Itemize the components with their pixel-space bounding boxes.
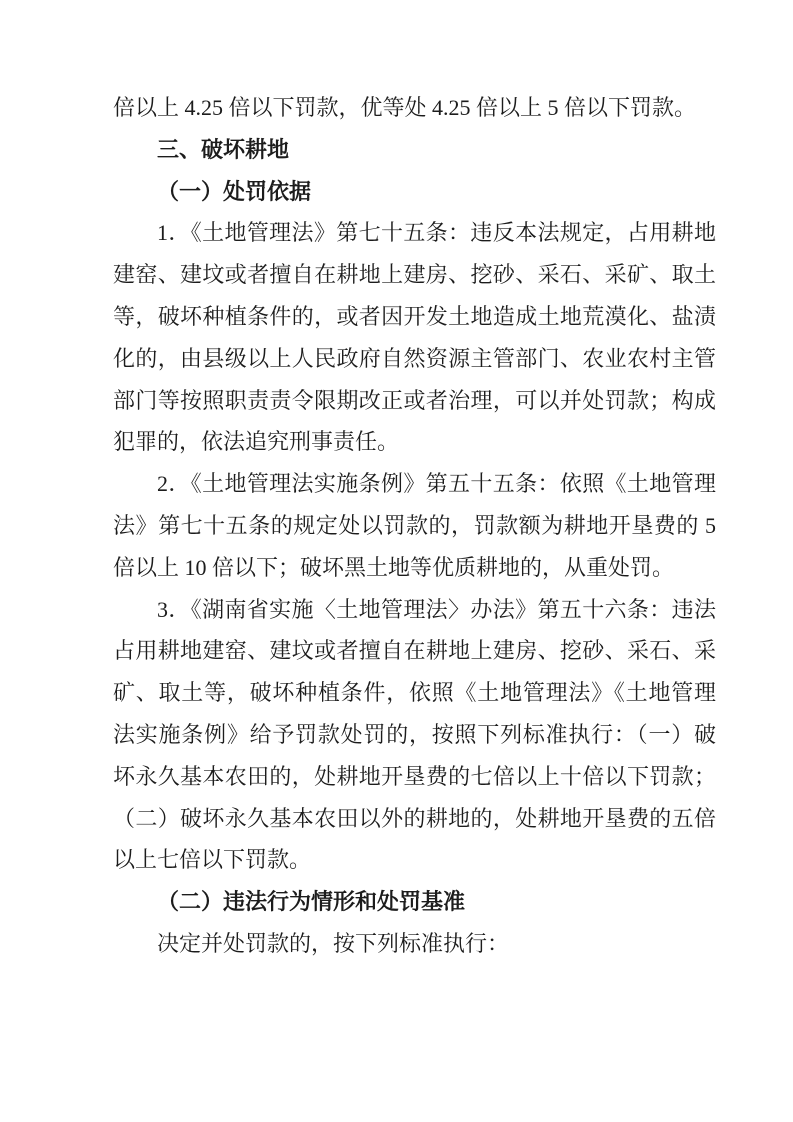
body-paragraph-closing: 决定并处罚款的，按下列标准执行： bbox=[113, 923, 716, 965]
section-heading: 三、破坏耕地 bbox=[113, 129, 716, 171]
subsection-heading-penalty-basis: （一）处罚依据 bbox=[113, 171, 716, 213]
subsection-heading-violation-standards: （二）违法行为情形和处罚基准 bbox=[113, 881, 716, 923]
body-paragraph-continuation: 倍以上 4.25 倍以下罚款，优等处 4.25 倍以上 5 倍以下罚款。 bbox=[113, 87, 716, 129]
body-paragraph-item-2: 2．《土地管理法实施条例》第五十五条：依照《土地管理法》第七十五条的规定处以罚款… bbox=[113, 463, 716, 588]
document-page: 倍以上 4.25 倍以下罚款，优等处 4.25 倍以上 5 倍以下罚款。 三、破… bbox=[0, 0, 793, 1122]
body-paragraph-item-1: 1．《土地管理法》第七十五条：违反本法规定，占用耕地建窑、建坟或者擅自在耕地上建… bbox=[113, 212, 716, 463]
body-paragraph-item-3: 3．《湖南省实施〈土地管理法〉办法》第五十六条：违法占用耕地建窑、建坟或者擅自在… bbox=[113, 589, 716, 882]
